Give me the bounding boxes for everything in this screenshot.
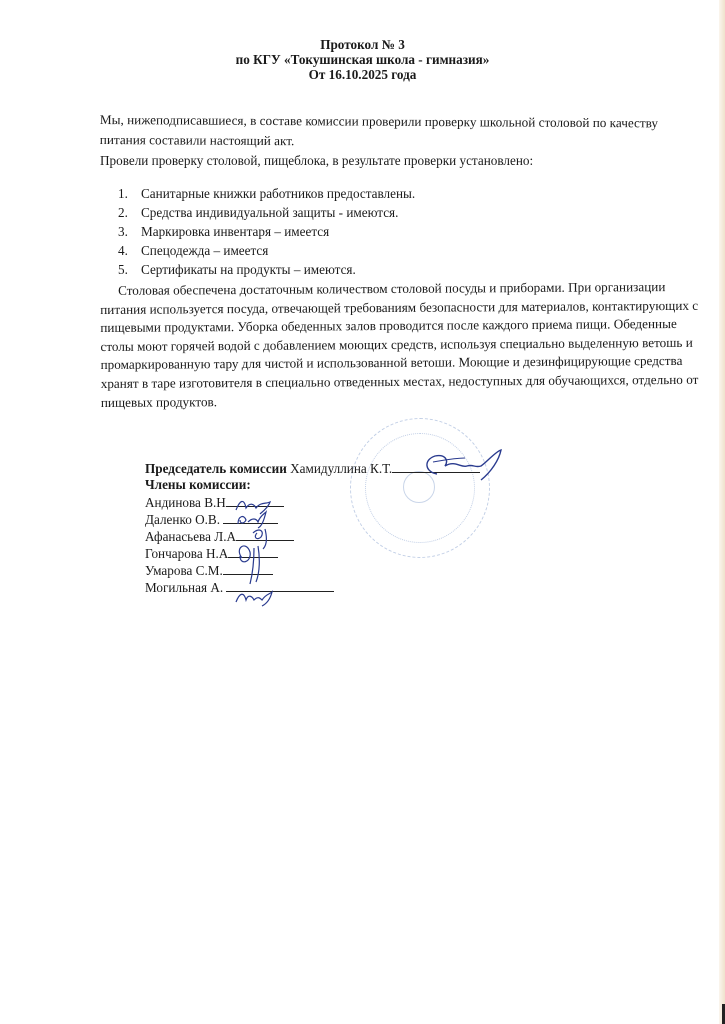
- intro-paragraph: Мы, нижеподписавшиеся, в составе комисси…: [100, 110, 700, 154]
- member-name: Умарова С.М.: [145, 563, 223, 578]
- conclusion-text: Столовая обеспечена достаточным количест…: [100, 279, 698, 410]
- finding-number: 1.: [118, 184, 141, 203]
- findings-list: 1.Санитарные книжки работников предостав…: [118, 184, 415, 279]
- document-title: Протокол № 3: [0, 37, 725, 52]
- finding-item: 2.Средства индивидуальной защиты - имеют…: [118, 203, 415, 222]
- member-row: Умарова С.М.: [145, 561, 480, 578]
- finding-text: Сертификаты на продукты – имеются.: [141, 260, 356, 279]
- organization-name: по КГУ «Токушинская школа - гимназия»: [0, 52, 725, 67]
- member-name: Даленко О.В.: [145, 512, 220, 527]
- finding-item: 3.Маркировка инвентаря – имеется: [118, 222, 415, 241]
- chair-signature-icon: [415, 446, 515, 486]
- member-name: Андинова В.Н: [145, 495, 226, 510]
- document-date: От 16.10.2025 года: [0, 67, 725, 82]
- member-row: Афанасьева Л.А: [145, 527, 480, 544]
- findings-intro: Провели проверку столовой, пищеблока, в …: [100, 151, 700, 171]
- member-name: Гончарова Н.А: [145, 546, 228, 561]
- finding-number: 2.: [118, 203, 141, 222]
- finding-number: 5.: [118, 260, 141, 279]
- member-row: Даленко О.В.: [145, 510, 480, 527]
- finding-text: Спецодежда – имеется: [141, 241, 268, 260]
- finding-text: Маркировка инвентаря – имеется: [141, 222, 329, 241]
- member-signature-icon: [230, 538, 275, 588]
- page-edge: [719, 0, 725, 1024]
- finding-text: Средства индивидуальной защиты - имеются…: [141, 203, 398, 222]
- chair-name: Хамидуллина К.Т.: [290, 461, 392, 476]
- document-header: Протокол № 3 по КГУ «Токушинская школа -…: [0, 37, 725, 82]
- chair-label: Председатель комиссии: [145, 461, 287, 476]
- member-name: Могильная А.: [145, 580, 223, 595]
- member-row: Андинова В.Н: [145, 493, 480, 510]
- member-name: Афанасьева Л.А: [145, 529, 236, 544]
- member-signature-icon: [232, 586, 282, 608]
- finding-number: 3.: [118, 222, 141, 241]
- member-row: Могильная А.: [145, 578, 480, 595]
- member-row: Гончарова Н.А: [145, 544, 480, 561]
- finding-item: 1.Санитарные книжки работников предостав…: [118, 184, 415, 203]
- conclusion-paragraph: Столовая обеспечена достаточным количест…: [100, 278, 701, 412]
- finding-number: 4.: [118, 241, 141, 260]
- finding-item: 4.Спецодежда – имеется: [118, 241, 415, 260]
- finding-text: Санитарные книжки работников предоставле…: [141, 184, 415, 203]
- finding-item: 5.Сертификаты на продукты – имеются.: [118, 260, 415, 279]
